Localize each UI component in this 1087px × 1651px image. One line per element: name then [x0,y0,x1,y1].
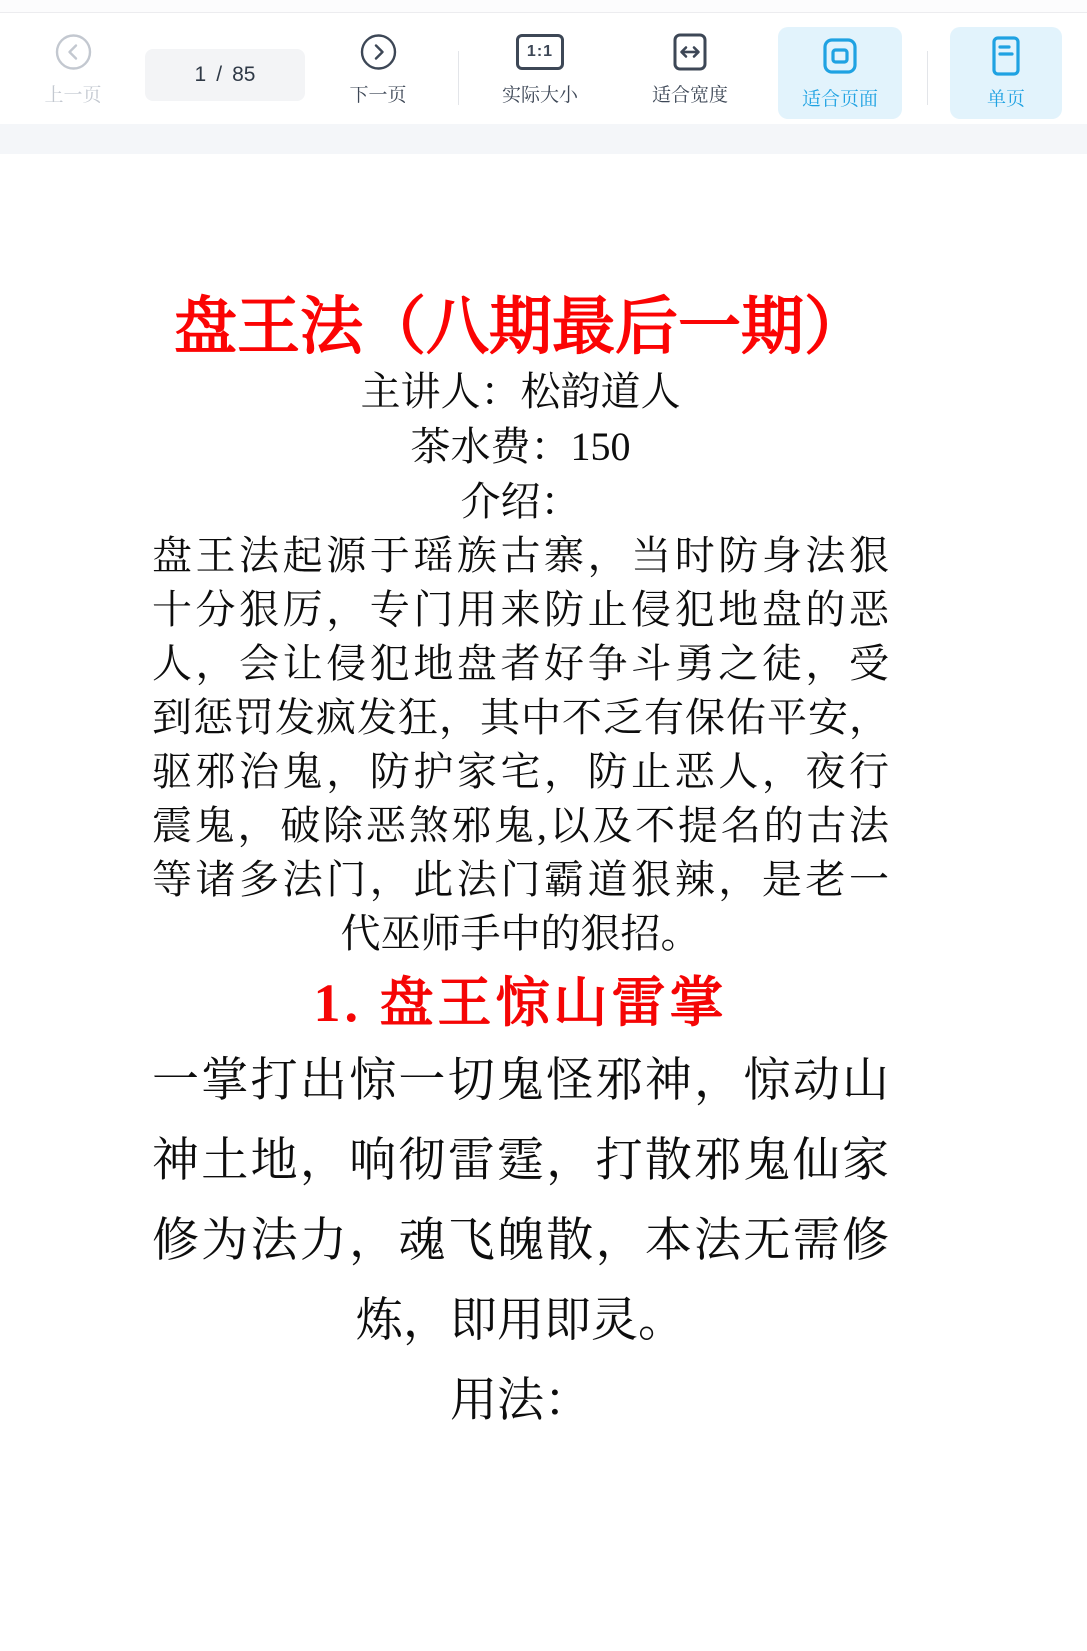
toolbar-bottom-band [0,124,1087,154]
body-text-line: 一掌打出惊一切鬼怪邪神，惊动山 [152,1041,889,1121]
intro-text-line: 震鬼，破除恶煞邪鬼,以及不提名的古法 [152,799,889,853]
chevron-left-circle-icon [54,31,92,73]
section-title: 1. 盘王惊山雷掌 [152,965,889,1041]
intro-text-line: 盘王法起源于瑶族古寨，当时防身法狠 [152,529,889,583]
intro-text-line: 代巫师手中的狠招。 [152,907,889,961]
toolbar-divider [927,51,928,105]
fit-width-label: 适合宽度 [652,80,728,107]
intro-text-line: 十分狠厉，专门用来防止侵犯地盘的恶 [152,583,889,637]
document-content: 盘王法（八期最后一期） 主讲人：松韵道人 茶水费：150 介绍： 盘王法起源于瑶… [152,154,889,1441]
intro-text-line: 到惩罚发疯发狂，其中不乏有保佑平安， [152,691,889,745]
viewer-toolbar: 上一页 1 / 85 下一页 1:1 实际大小 适合 [0,13,1087,124]
page-total: 85 [232,63,255,87]
page-separator: / [216,63,222,87]
usage-label: 用法： [152,1361,889,1441]
fit-width-button[interactable]: 适合宽度 [652,13,728,124]
intro-text-line: 等诸多法门，此法门霸道狠辣，是老一 [152,853,889,907]
lecturer-line: 主讲人：松韵道人 [152,364,889,419]
next-page-label: 下一页 [349,80,406,107]
fit-width-icon [669,31,711,73]
fit-page-icon [818,35,862,77]
body-text-line: 神土地，响彻雷霆，打散邪鬼仙家 [152,1121,889,1201]
previous-page-button[interactable]: 上一页 [44,13,101,124]
body-text-line: 炼，即用即灵。 [152,1281,889,1361]
fit-page-button[interactable]: 适合页面 [778,27,902,119]
one-to-one-icon: 1:1 [516,31,564,73]
actual-size-button[interactable]: 1:1 实际大小 [502,13,578,124]
single-page-button[interactable]: 单页 [950,27,1062,119]
previous-page-label: 上一页 [44,80,101,107]
document-page: 盘王法（八期最后一期） 主讲人：松韵道人 茶水费：150 介绍： 盘王法起源于瑶… [0,154,1087,1650]
fee-line: 茶水费：150 [152,419,889,474]
chevron-right-circle-icon [359,31,397,73]
single-page-label: 单页 [987,84,1025,111]
intro-label-line: 介绍： [152,474,889,529]
single-page-icon [986,35,1026,77]
intro-text-line: 驱邪治鬼，防护家宅，防止恶人，夜行 [152,745,889,799]
intro-text-line: 人，会让侵犯地盘者好争斗勇之徒，受 [152,637,889,691]
next-page-button[interactable]: 下一页 [349,13,406,124]
toolbar-divider [458,51,459,105]
fit-page-label: 适合页面 [802,84,878,111]
window-top-strip [0,0,1087,13]
document-title: 盘王法（八期最后一期） [152,290,889,364]
body-text-line: 修为法力，魂飞魄散，本法无需修 [152,1201,889,1281]
page-current: 1 [195,63,207,87]
page-number-box[interactable]: 1 / 85 [145,49,305,101]
actual-size-label: 实际大小 [502,80,578,107]
